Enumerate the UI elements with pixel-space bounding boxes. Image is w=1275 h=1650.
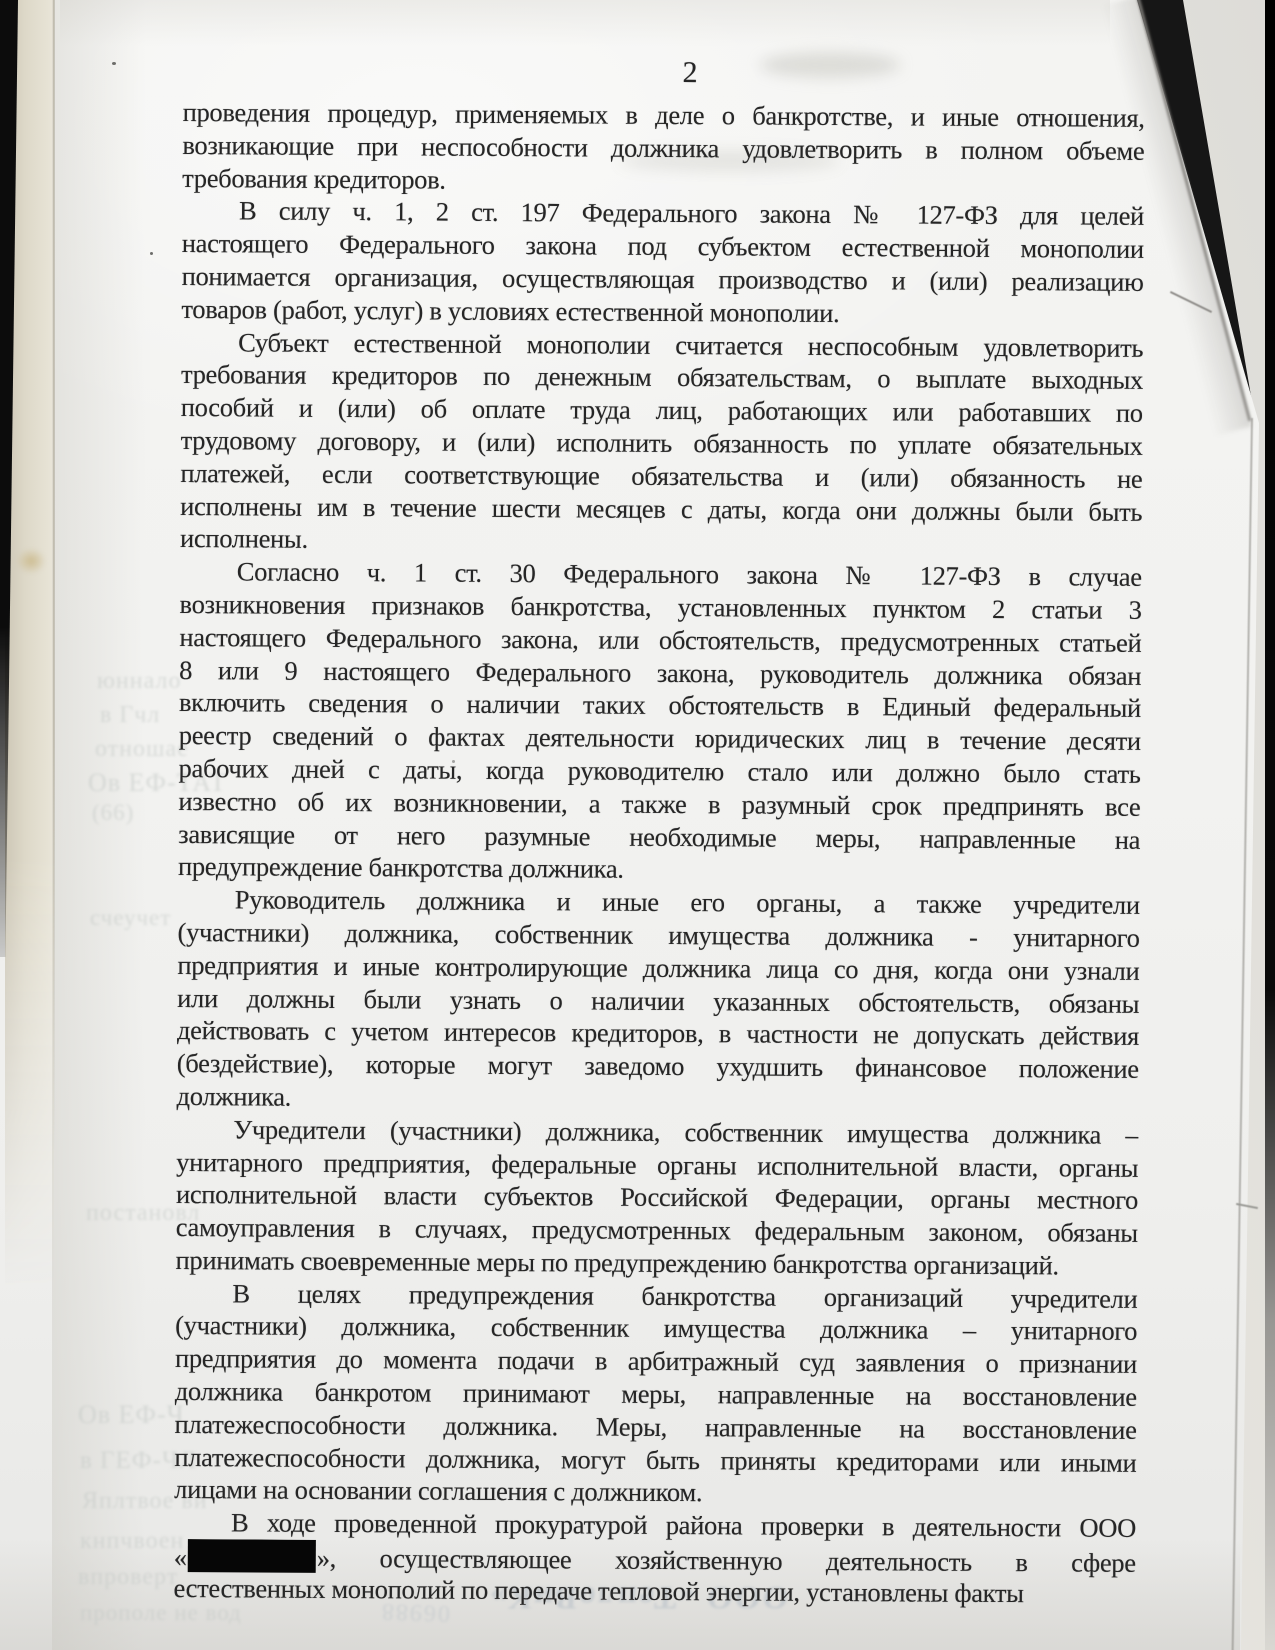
paragraph: В силу ч. 1, 2 ст. 197 Федерального зако… (181, 194, 1144, 331)
paragraph: проведения процедур, применяемых в деле … (182, 96, 1145, 200)
paragraph: Согласно ч. 1 ст. 30 Федерального закона… (178, 555, 1142, 889)
scan-speck (112, 62, 116, 65)
text-line: понимается организация, осуществляющая п… (182, 260, 1144, 299)
paragraph: Руководитель должника и иные его органы,… (177, 883, 1140, 1118)
text-line: трудовому договору, и (или) исполнить об… (181, 424, 1143, 463)
bleedthrough-text-fragment: отношае (95, 736, 189, 763)
paragraph: Субъект естественной монополии считается… (180, 326, 1143, 561)
bleedthrough-text-fragment: юннало (97, 668, 181, 695)
page-shading-top (60, 0, 1110, 46)
paragraphs: проведения процедур, применяемых в деле … (174, 96, 1145, 1611)
document-text: 2 проведения процедур, применяемых в дел… (174, 50, 1145, 1611)
text-line: товаров (работ, услуг) в условиях естест… (181, 293, 1143, 332)
text-line: предприятия и иные контролирующие должни… (177, 949, 1139, 988)
scanner-edge-right (1265, 0, 1275, 1650)
bleedthrough-text-fragment: (66) (92, 800, 134, 826)
text-line: естественных монополий по передаче тепло… (174, 1572, 1136, 1611)
text-line: (бездействие), которые могут заведомо ух… (177, 1047, 1139, 1086)
text-line: принимать своевременные меры по предупре… (176, 1244, 1138, 1283)
paragraph: Учредители (участники) должника, собстве… (176, 1113, 1139, 1283)
paragraph: В ходе проведенной прокуратурой района п… (174, 1506, 1137, 1610)
text-line: известно об их возникновении, а также в … (178, 785, 1140, 824)
bleedthrough-text-fragment: кнпчвоен (80, 1528, 184, 1555)
scanned-document: юнналов ГчлотношаеОв ЕФ-ТАТ(66)счеучетпо… (0, 0, 1275, 1650)
redaction-box (188, 1539, 316, 1576)
text-line: (участники) должника, собственник имущес… (178, 916, 1140, 955)
bleedthrough-text-fragment: впроверт (78, 1564, 178, 1591)
text-line: платежеспособности должника. Меры, напра… (175, 1408, 1137, 1447)
text-line: возникающие при неспособности должника у… (182, 129, 1144, 168)
bleedthrough-text-fragment: счеучет (90, 905, 171, 931)
paragraph: В целях предупреждения банкротства орган… (174, 1277, 1137, 1512)
redacted-company-name: «», (174, 1539, 336, 1576)
page-right-edge (1232, 418, 1253, 1650)
paper-stain (16, 548, 46, 574)
bleedthrough-text-fragment: Ов ЕФ-Ч (78, 1400, 185, 1430)
text-line: платежей, если соответствующие обязатель… (180, 457, 1142, 496)
text-line: возникновения признаков банкротства, уст… (180, 588, 1142, 627)
text-line: рабочих дней с даты, когда руководителю … (179, 752, 1141, 791)
text-line: настоящего Федерального закона, или обст… (179, 621, 1141, 660)
bleedthrough-text-fragment: в Гчл (100, 702, 160, 729)
page-number: 2 (183, 50, 1145, 96)
scan-speck (150, 252, 153, 255)
text-line: исполнены им в течение шести месяцев с д… (180, 490, 1142, 529)
text-line: проведения процедур, применяемых в деле … (183, 96, 1145, 135)
text-line: Учредители (участники) должника, собстве… (176, 1113, 1138, 1152)
